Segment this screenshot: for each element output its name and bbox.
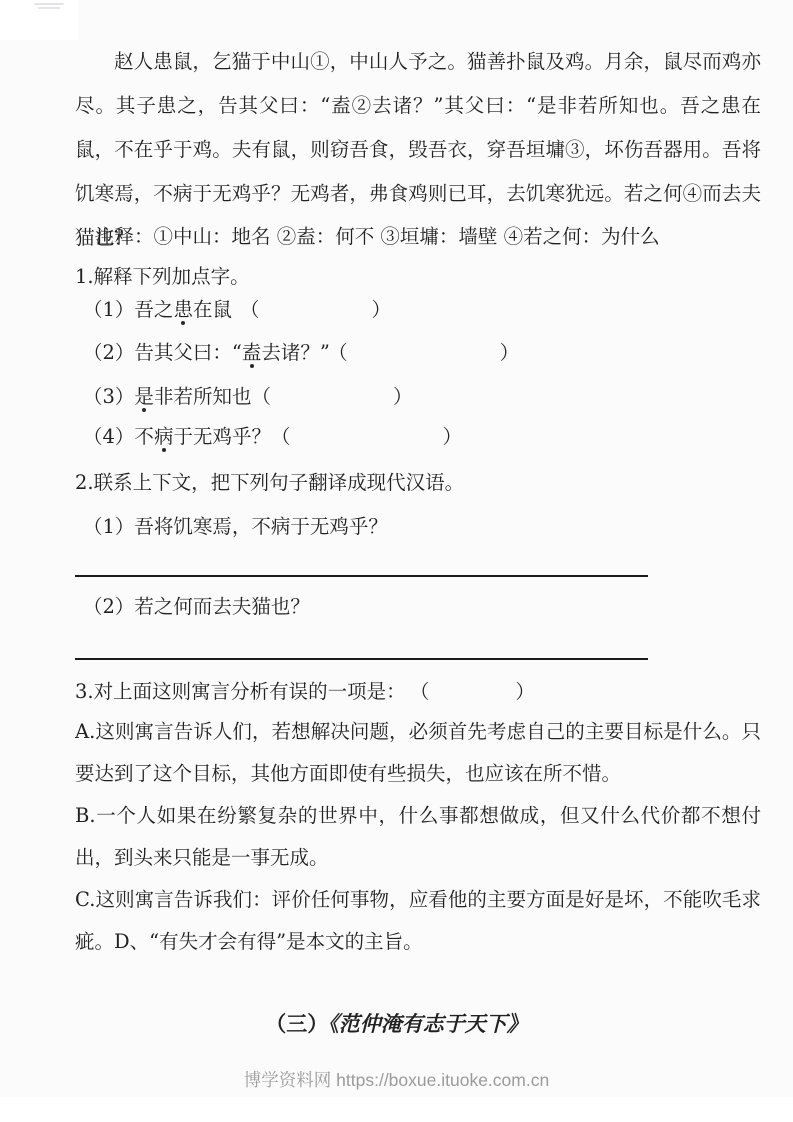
question1-item-2: （2）告其父曰：“盍去诸？”（） [83,331,783,375]
item-text: 于无鸡乎？ [173,425,271,448]
item-text: 非若所知也 [154,385,252,408]
item-text: 告其父曰：“ [134,341,241,364]
question1-item-1: （1）吾之患在鼠（） [83,288,783,332]
watermark-text-line [38,7,60,9]
page-bottom-margin [0,1097,793,1122]
item-text: 去诸？” [261,341,329,364]
answer-line [75,658,648,660]
answer-paren-open: （ [240,298,260,321]
notes-line: 注释：①中山：地名 ②盍：何不 ③垣墉：墙壁 ④若之何：为什么 [75,215,761,259]
item-text: 在鼠 [193,298,232,321]
option-text: B.一个人如果在纷繁复杂的世界中，什么事都想做成，但又什么代价都不想付出，到头来… [75,795,761,879]
answer-blank [429,697,515,698]
next-section-heading: （三）《范仲淹有志于天下》 [0,1002,793,1046]
dotted-char: 是 [134,385,154,408]
dotted-char: 患 [173,298,193,321]
question2-title-text: 2.联系上下文，把下列句子翻译成现代汉语。 [75,471,464,494]
notes-text: 注释：①中山：地名 ②盍：何不 ③垣墉：墙壁 ④若之何：为什么 [95,225,660,248]
watermark-box [0,0,78,40]
item-number-label: （1） [83,298,134,321]
option-text: A.这则寓言告诉人们，若想解决问题，必须首先考虑自己的主要目标是什么。只要达到了… [75,711,761,795]
answer-paren-close: ） [442,425,462,448]
section-book-title: 《范仲淹有志于天下》 [328,1011,528,1036]
item-text: 若之何而去夫猫也？ [134,595,310,618]
item-text: 吾之 [134,298,173,321]
question1-item-4: （4）不病于无鸡乎？（） [83,415,783,459]
answer-paren-open: （ [251,385,271,408]
item-text: 不 [134,425,154,448]
answer-blank [348,358,500,359]
dotted-char: 病 [154,425,174,448]
answer-paren-open: （ [271,425,291,448]
worksheet-page: 赵人患鼠，乞猫于中山①，中山人予之。猫善扑鼠及鸡。月余，鼠尽而鸡亦尽。其子患之，… [0,0,793,1122]
question2-title: 2.联系上下文，把下列句子翻译成现代汉语。 [75,461,775,505]
answer-blank [259,315,371,316]
question2-item-2: （2）若之何而去夫猫也？ [83,585,783,629]
watermark-text-line [34,3,64,5]
answer-paren-close: ） [371,298,391,321]
question3-option-b: B.一个人如果在纷繁复杂的世界中，什么事都想做成，但又什么代价都不想付出，到头来… [75,795,761,879]
item-number-label: （2） [83,595,134,618]
answer-paren-open: （ [338,341,348,364]
option-text: C.这则寓言告诉我们：评价任何事物，应看他的主要方面是好是坏，不能吹毛求疵。D、… [75,879,761,963]
footer-watermark: 博学资料网 https://boxue.ituoke.com.cn [0,1063,793,1097]
question3-option-a: A.这则寓言告诉人们，若想解决问题，必须首先考虑自己的主要目标是什么。只要达到了… [75,711,761,795]
section-number: （三） [265,1011,328,1036]
answer-blank [271,402,393,403]
answer-paren-close: ） [393,385,413,408]
answer-paren-close: ） [500,341,520,364]
item-text: 吾将饥寒焉，不病于无鸡乎？ [134,515,388,538]
question3-title-text: 3.对上面这则寓言分析有误的一项是： [75,680,406,703]
dotted-char: 盍 [242,341,262,364]
footer-site-link[interactable]: 博学资料网 https://boxue.ituoke.com.cn [244,1070,549,1090]
item-number-label: （4） [83,425,134,448]
answer-line [75,575,648,577]
question1-item-3: （3）是非若所知也（） [83,375,783,419]
item-number-label: （2） [83,341,134,364]
item-number-label: （3） [83,385,134,408]
item-number-label: （1） [83,515,134,538]
question3-title: 3.对上面这则寓言分析有误的一项是：（） [75,670,775,714]
question1-title-text: 1.解释下列加点字。 [75,265,250,288]
question3-option-c-d: C.这则寓言告诉我们：评价任何事物，应看他的主要方面是好是坏，不能吹毛求疵。D、… [75,879,761,963]
answer-paren-open: （ [420,680,430,703]
answer-paren-close: ） [515,680,535,703]
question2-item-1: （1）吾将饥寒焉，不病于无鸡乎？ [83,505,783,549]
answer-blank [290,442,442,443]
